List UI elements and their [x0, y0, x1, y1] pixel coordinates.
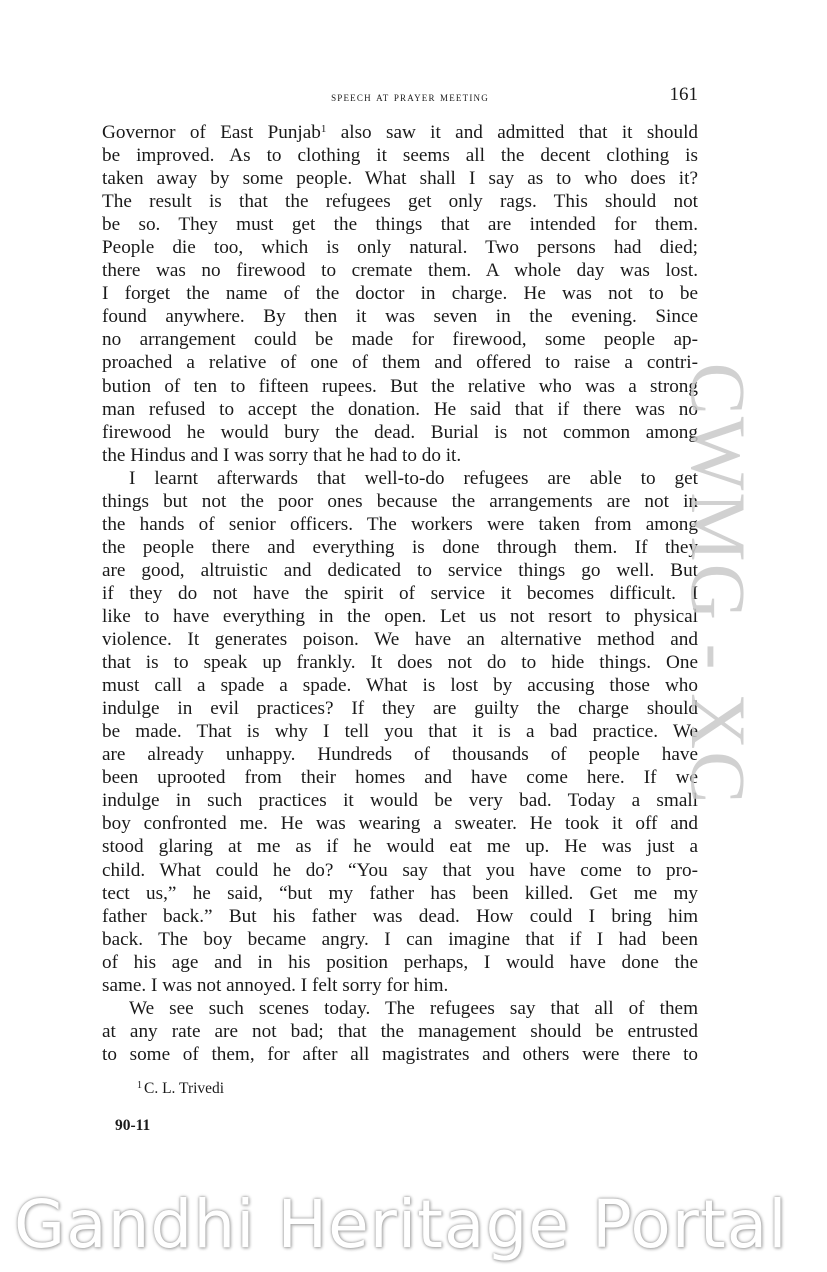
text-line: be made. That is why I tell you that it …: [102, 720, 698, 743]
footnote-marker: 1: [137, 1080, 142, 1091]
text-line: I learnt afterwards that well-to-do refu…: [102, 467, 698, 490]
text-line: are good, altruistic and dedicated to se…: [102, 559, 698, 582]
text-line: the Hindus and I was sorry that he had t…: [102, 444, 698, 467]
text-line: be improved. As to clothing it seems all…: [102, 144, 698, 167]
text-line: are already unhappy. Hundreds of thousan…: [102, 743, 698, 766]
text-line: found anywhere. By then it was seven in …: [102, 305, 698, 328]
document-page: SPEECH AT PRAYER MEETING 161 Governor of…: [0, 0, 827, 1272]
watermark-portal: Gandhi Heritage Portal: [14, 1186, 788, 1263]
text-line: boy confronted me. He was wearing a swea…: [102, 812, 698, 835]
text-line: back. The boy became angry. I can imagin…: [102, 928, 698, 951]
text-line: that is to speak up frankly. It does not…: [102, 651, 698, 674]
text-line: man refused to accept the donation. He s…: [102, 398, 698, 421]
text-line: child. What could he do? “You say that y…: [102, 859, 698, 882]
running-head: SPEECH AT PRAYER MEETING 161: [102, 86, 698, 110]
paragraph: I learnt afterwards that well-to-do refu…: [102, 467, 698, 997]
text-line: proached a relative of one of them and o…: [102, 351, 698, 374]
text-line: firewood he would bury the dead. Burial …: [102, 421, 698, 444]
footnote: 1C. L. Trivedi: [137, 1080, 224, 1098]
text-line: if they do not have the spirit of servic…: [102, 582, 698, 605]
footnote-reference: 1: [321, 123, 327, 135]
text-line: at any rate are not bad; that the manage…: [102, 1020, 698, 1043]
text-line: the hands of senior officers. The worker…: [102, 513, 698, 536]
text-line: like to have everything in the open. Let…: [102, 605, 698, 628]
paragraph: We see such scenes today. The refugees s…: [102, 997, 698, 1066]
text-line: indulge in evil practices? If they are g…: [102, 697, 698, 720]
footnote-text: C. L. Trivedi: [144, 1080, 224, 1097]
text-line: bution of ten to fifteen rupees. But the…: [102, 375, 698, 398]
text-line: The result is that the refugees get only…: [102, 190, 698, 213]
text-line: of his age and in his position perhaps, …: [102, 951, 698, 974]
text-line: stood glaring at me as if he would eat m…: [102, 835, 698, 858]
text-line: We see such scenes today. The refugees s…: [102, 997, 698, 1020]
text-line: I forget the name of the doctor in charg…: [102, 282, 698, 305]
text-line: the people there and everything is done …: [102, 536, 698, 559]
page-number: 161: [670, 84, 699, 106]
text-line: things but not the poor ones because the…: [102, 490, 698, 513]
paragraph: Governor of East Punjab1 also saw it and…: [102, 121, 698, 467]
text-line: must call a spade a spade. What is lost …: [102, 674, 698, 697]
running-title: SPEECH AT PRAYER MEETING: [102, 90, 698, 105]
text-line: tect us,” he said, “but my father has be…: [102, 882, 698, 905]
text-line: Governor of East Punjab1 also saw it and…: [102, 121, 698, 144]
text-line: to some of them, for after all magistrat…: [102, 1043, 698, 1066]
text-line: taken away by some people. What shall I …: [102, 167, 698, 190]
text-line: indulge in such practices it would be ve…: [102, 789, 698, 812]
text-line: violence. It generates poison. We have a…: [102, 628, 698, 651]
text-line: be so. They must get the things that are…: [102, 213, 698, 236]
text-line: there was no firewood to cremate them. A…: [102, 259, 698, 282]
text-line: father back.” But his father was dead. H…: [102, 905, 698, 928]
signature-mark: 90-11: [115, 1117, 150, 1135]
text-line: same. I was not annoyed. I felt sorry fo…: [102, 974, 698, 997]
text-line: been uprooted from their homes and have …: [102, 766, 698, 789]
body-text: Governor of East Punjab1 also saw it and…: [102, 121, 698, 1066]
text-line: People die too, which is only natural. T…: [102, 236, 698, 259]
text-line: no arrangement could be made for firewoo…: [102, 328, 698, 351]
